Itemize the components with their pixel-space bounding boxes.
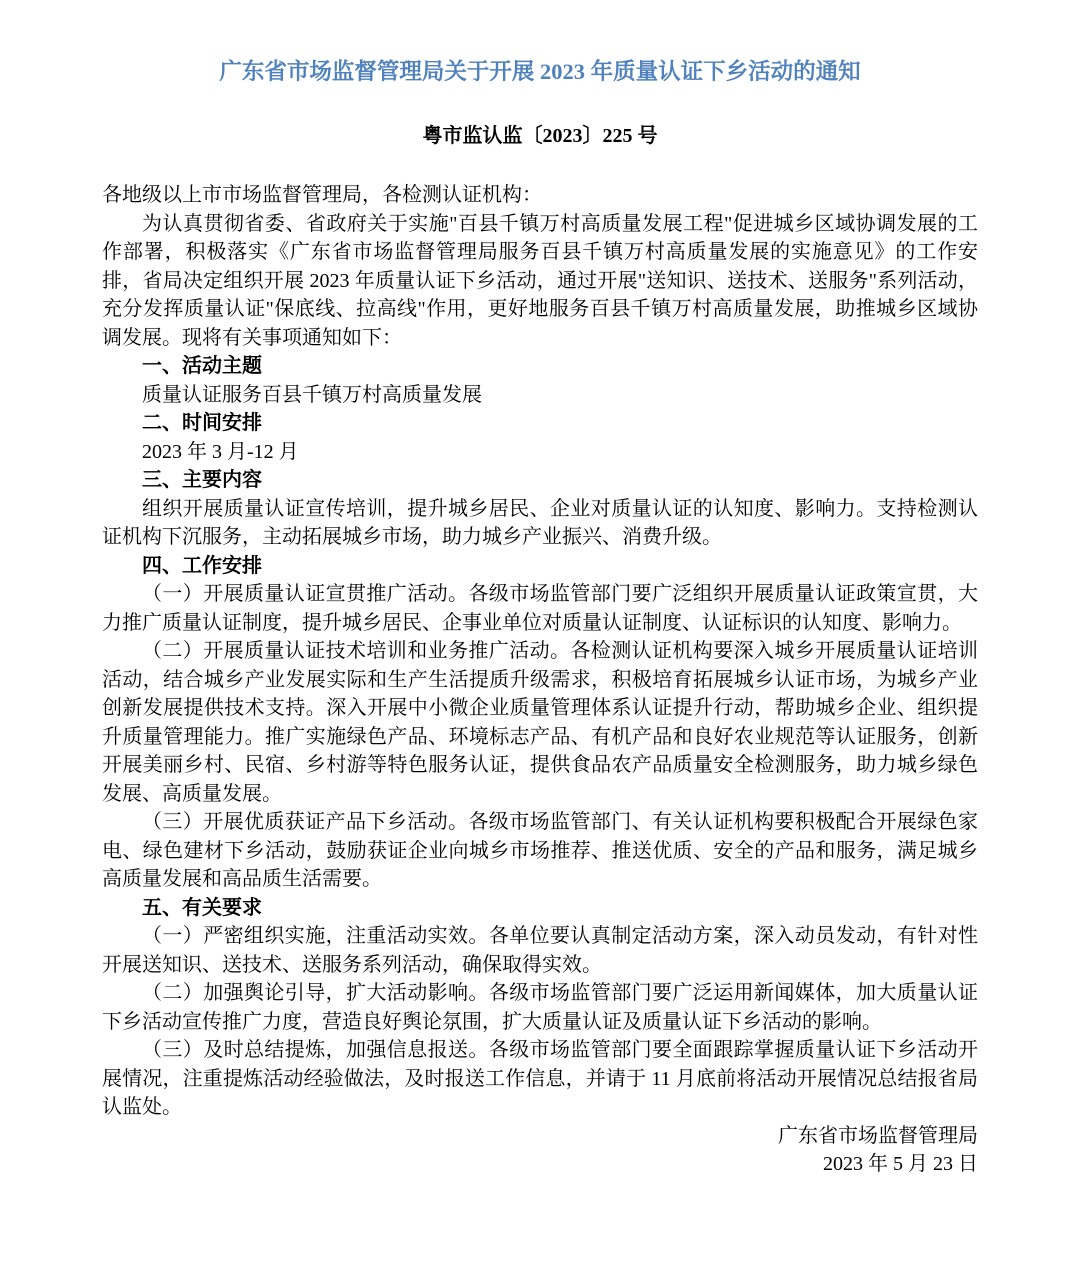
document-title: 广东省市场监督管理局关于开展 2023 年质量认证下乡活动的通知 <box>102 56 978 88</box>
salutation-line: 各地级以上市市场监督管理局，各检测认证机构： <box>102 181 978 210</box>
section-2-heading: 二、时间安排 <box>102 409 978 438</box>
section-5-heading: 五、有关要求 <box>102 894 978 923</box>
section-5-paragraph-2: （二）加强舆论引导，扩大活动影响。各级市场监管部门要广泛运用新闻媒体，加大质量认… <box>102 979 978 1036</box>
section-1-paragraph-1: 质量认证服务百县千镇万村高质量发展 <box>102 381 978 410</box>
section-5-paragraph-3: （三）及时总结提炼，加强信息报送。各级市场监管部门要全面跟踪掌握质量认证下乡活动… <box>102 1036 978 1122</box>
signature-date: 2023 年 5 月 23 日 <box>102 1150 978 1179</box>
section-4-paragraph-2: （二）开展质量认证技术培训和业务推广活动。各检测认证机构要深入城乡开展质量认证培… <box>102 637 978 808</box>
section-5-paragraph-1: （一）严密组织实施，注重活动实效。各单位要认真制定活动方案，深入动员发动，有针对… <box>102 922 978 979</box>
document-page: 广东省市场监督管理局关于开展 2023 年质量认证下乡活动的通知 粤市监认监〔2… <box>102 56 978 1179</box>
intro-paragraph: 为认真贯彻省委、省政府关于实施"百县千镇万村高质量发展工程"促进城乡区域协调发展… <box>102 210 978 353</box>
document-body: 各地级以上市市场监督管理局，各检测认证机构： 为认真贯彻省委、省政府关于实施"百… <box>102 181 978 1179</box>
section-4-paragraph-1: （一）开展质量认证宣贯推广活动。各级市场监管部门要广泛组织开展质量认证政策宣贯，… <box>102 580 978 637</box>
document-number: 粤市监认监〔2023〕225 号 <box>102 122 978 150</box>
section-4-heading: 四、工作安排 <box>102 552 978 581</box>
section-4-paragraph-3: （三）开展优质获证产品下乡活动。各级市场监管部门、有关认证机构要积极配合开展绿色… <box>102 808 978 894</box>
signature-organization: 广东省市场监督管理局 <box>102 1122 978 1151</box>
section-2-paragraph-1: 2023 年 3 月-12 月 <box>102 438 978 467</box>
section-3-heading: 三、主要内容 <box>102 466 978 495</box>
section-3-paragraph-1: 组织开展质量认证宣传培训，提升城乡居民、企业对质量认证的认知度、影响力。支持检测… <box>102 495 978 552</box>
section-1-heading: 一、活动主题 <box>102 352 978 381</box>
